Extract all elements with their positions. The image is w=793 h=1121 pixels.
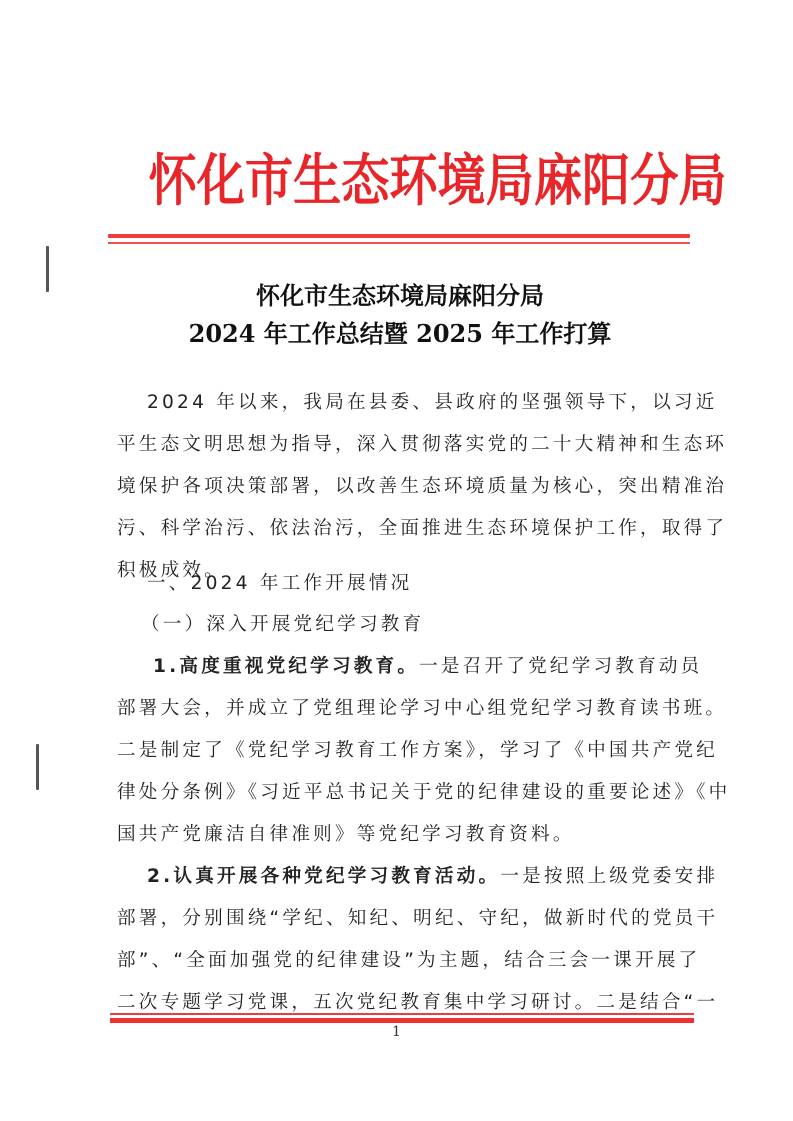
item-1-lead: 1.高度重视党纪学习教育。 — [153, 656, 419, 677]
item-1-line-1: 1.高度重视党纪学习教育。一是召开了党纪学习教育动员 — [153, 652, 702, 678]
footer-divider-thick — [110, 1018, 694, 1023]
intro-line-1: 2024 年以来，我局在县委、县政府的坚强领导下，以习近 — [147, 388, 718, 414]
item-2-lead: 2.认真开展各种党纪学习教育活动。 — [147, 866, 500, 887]
item-2-line-1: 2.认真开展各种党纪学习教育活动。一是按照上级党委安排 — [147, 862, 718, 888]
intro-line-2: 平生态文明思想为指导，深入贯彻落实党的二十大精神和生态环 — [117, 430, 727, 456]
intro-line-4: 污、科学治污、依法治污，全面推进生态环境保护工作，取得了 — [117, 514, 727, 540]
margin-binding-mark-middle — [36, 744, 39, 790]
item-1-line-2: 部署大会，并成立了党组理论学习中心组党纪学习教育读书班。 — [117, 694, 727, 720]
subsection-heading-1: （一）深入开展党纪学习教育 — [141, 610, 424, 636]
margin-binding-mark-top — [46, 246, 49, 292]
page-number: 1 — [0, 1024, 793, 1040]
item-1-line-3: 二是制定了《党纪学习教育工作方案》，学习了《中国共产党纪 — [117, 736, 718, 762]
item-2-line-4: 二次专题学习党课，五次党纪教育集中学习研讨。二是结合“一 — [117, 988, 718, 1014]
document-body: 2024 年以来，我局在县委、县政府的坚强领导下，以习近 平生态文明思想为指导，… — [117, 0, 707, 1121]
item-1-line-4: 律处分条例》《习近平总书记关于党的纪律建设的重要论述》《中 — [117, 778, 730, 804]
intro-line-3: 境保护各项决策部署，以改善生态环境质量为核心，突出精准治 — [117, 472, 727, 498]
item-1-line-5: 国共产党廉洁自律准则》等党纪学习教育资料。 — [117, 820, 575, 846]
footer-divider-thin — [110, 1013, 694, 1015]
item-2-line-3: 部”、“全面加强党的纪律建设”为主题，结合三会一课开展了 — [117, 946, 700, 972]
item-2-line-1-rest: 一是按照上级党委安排 — [500, 866, 718, 887]
item-2-line-2: 部署，分别围绕“学纪、知纪、明纪、守纪，做新时代的党员干 — [117, 904, 718, 930]
section-heading-1: 一、2024 年工作开展情况 — [147, 569, 412, 595]
item-1-line-1-rest: 一是召开了党纪学习教育动员 — [419, 656, 702, 677]
